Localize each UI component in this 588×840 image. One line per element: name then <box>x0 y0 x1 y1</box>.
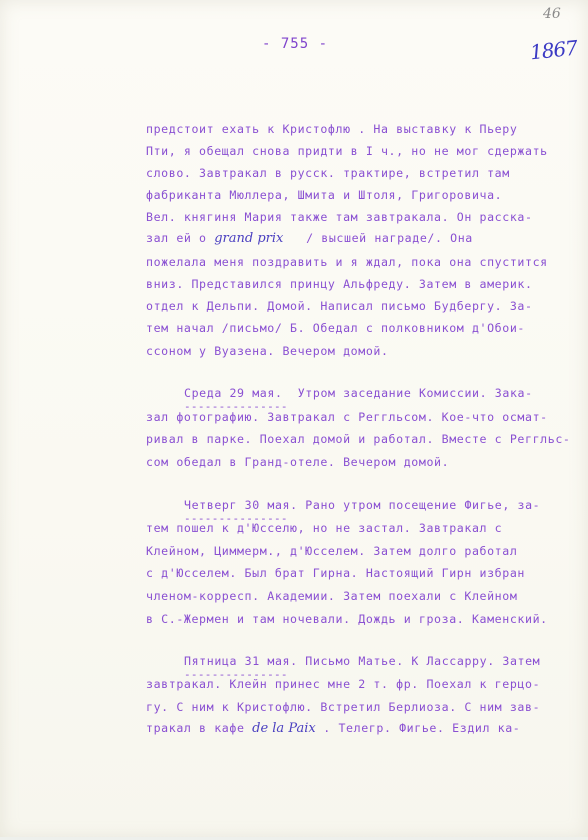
text-line: тем пошел к д'Юсселю, но не застал. Завт… <box>146 521 502 535</box>
handwritten-insert: de la Paix <box>252 721 316 736</box>
text-line-with-handwriting: тракал в кафе de la Paix . Телегр. Фигье… <box>146 721 520 736</box>
text-line: тем начал /письмо/ Б. Обедал с полковник… <box>146 321 525 335</box>
entry-heading-line: Пятница 31 мая. Письмо Матье. К Лассарру… <box>184 654 540 668</box>
text-line: слово. Завтракал в русск. трактире, встр… <box>146 166 510 180</box>
text-line: в С.-Жермен и там ночевали. Дождь и гроз… <box>146 612 548 626</box>
entry-heading-line: Среда 29 мая. Утром заседание Комиссии. … <box>184 386 533 400</box>
entry-heading-line: Четверг 30 мая. Рано утром посещение Фиг… <box>184 498 540 512</box>
archive-number-pencil: 46 <box>543 6 561 22</box>
text-line: фабриканта Мюллера, Шмита и Штоля, Григо… <box>146 188 502 202</box>
text-line: ривал в парке. Поехал домой и работал. В… <box>146 432 570 446</box>
text-line: вниз. Представился принцу Альфреду. Зате… <box>146 277 533 291</box>
text-line: гу. С ним к Кристофлю. Встретил Берлиоза… <box>146 700 540 714</box>
text-line: членом-корресп. Академии. Затем поехали … <box>146 589 517 603</box>
text-line: зал фотографию. Завтракал с Реггльсом. К… <box>146 410 548 424</box>
text-line: отдел к Дельпи. Домой. Написал письмо Бу… <box>146 299 533 313</box>
text-line: предстоит ехать к Кристофлю . На выставк… <box>146 122 517 136</box>
handwritten-insert: grand prix <box>214 231 283 246</box>
text-line: Пти, я обещал снова придти в I ч., но не… <box>146 144 548 158</box>
text-segment: . Телегр. Фигье. Ездил ка- <box>316 721 521 735</box>
document-page: - 755 - 46 1867 предстоит ехать к Кристо… <box>0 0 588 840</box>
text-line: завтракал. Клейн принес мне 2 т. фр. Пое… <box>146 677 540 691</box>
text-segment: тракал в кафе <box>146 721 252 735</box>
text-segment: зал ей о <box>146 231 214 245</box>
text-line: Вел. княгиня Мария также там завтракала.… <box>146 210 533 224</box>
page-number: - 755 - <box>262 36 328 52</box>
text-line-with-handwriting: зал ей о grand prix / высшей награде/. О… <box>146 231 473 246</box>
text-line: ссоном у Вуазена. Вечером домой. <box>146 344 389 358</box>
text-line: сом обедал в Гранд-отеле. Вечером домой. <box>146 455 449 469</box>
text-line: Клейном, Циммерм., д'Юсселем. Затем долг… <box>146 544 517 558</box>
handwritten-year: 1867 <box>529 36 578 65</box>
text-segment: / высшей награде/. Она <box>283 231 473 245</box>
text-line: пожелала меня поздравить и я ждал, пока … <box>146 255 548 269</box>
text-line: с д'Юсселем. Был брат Гирна. Настоящий Г… <box>146 566 525 580</box>
